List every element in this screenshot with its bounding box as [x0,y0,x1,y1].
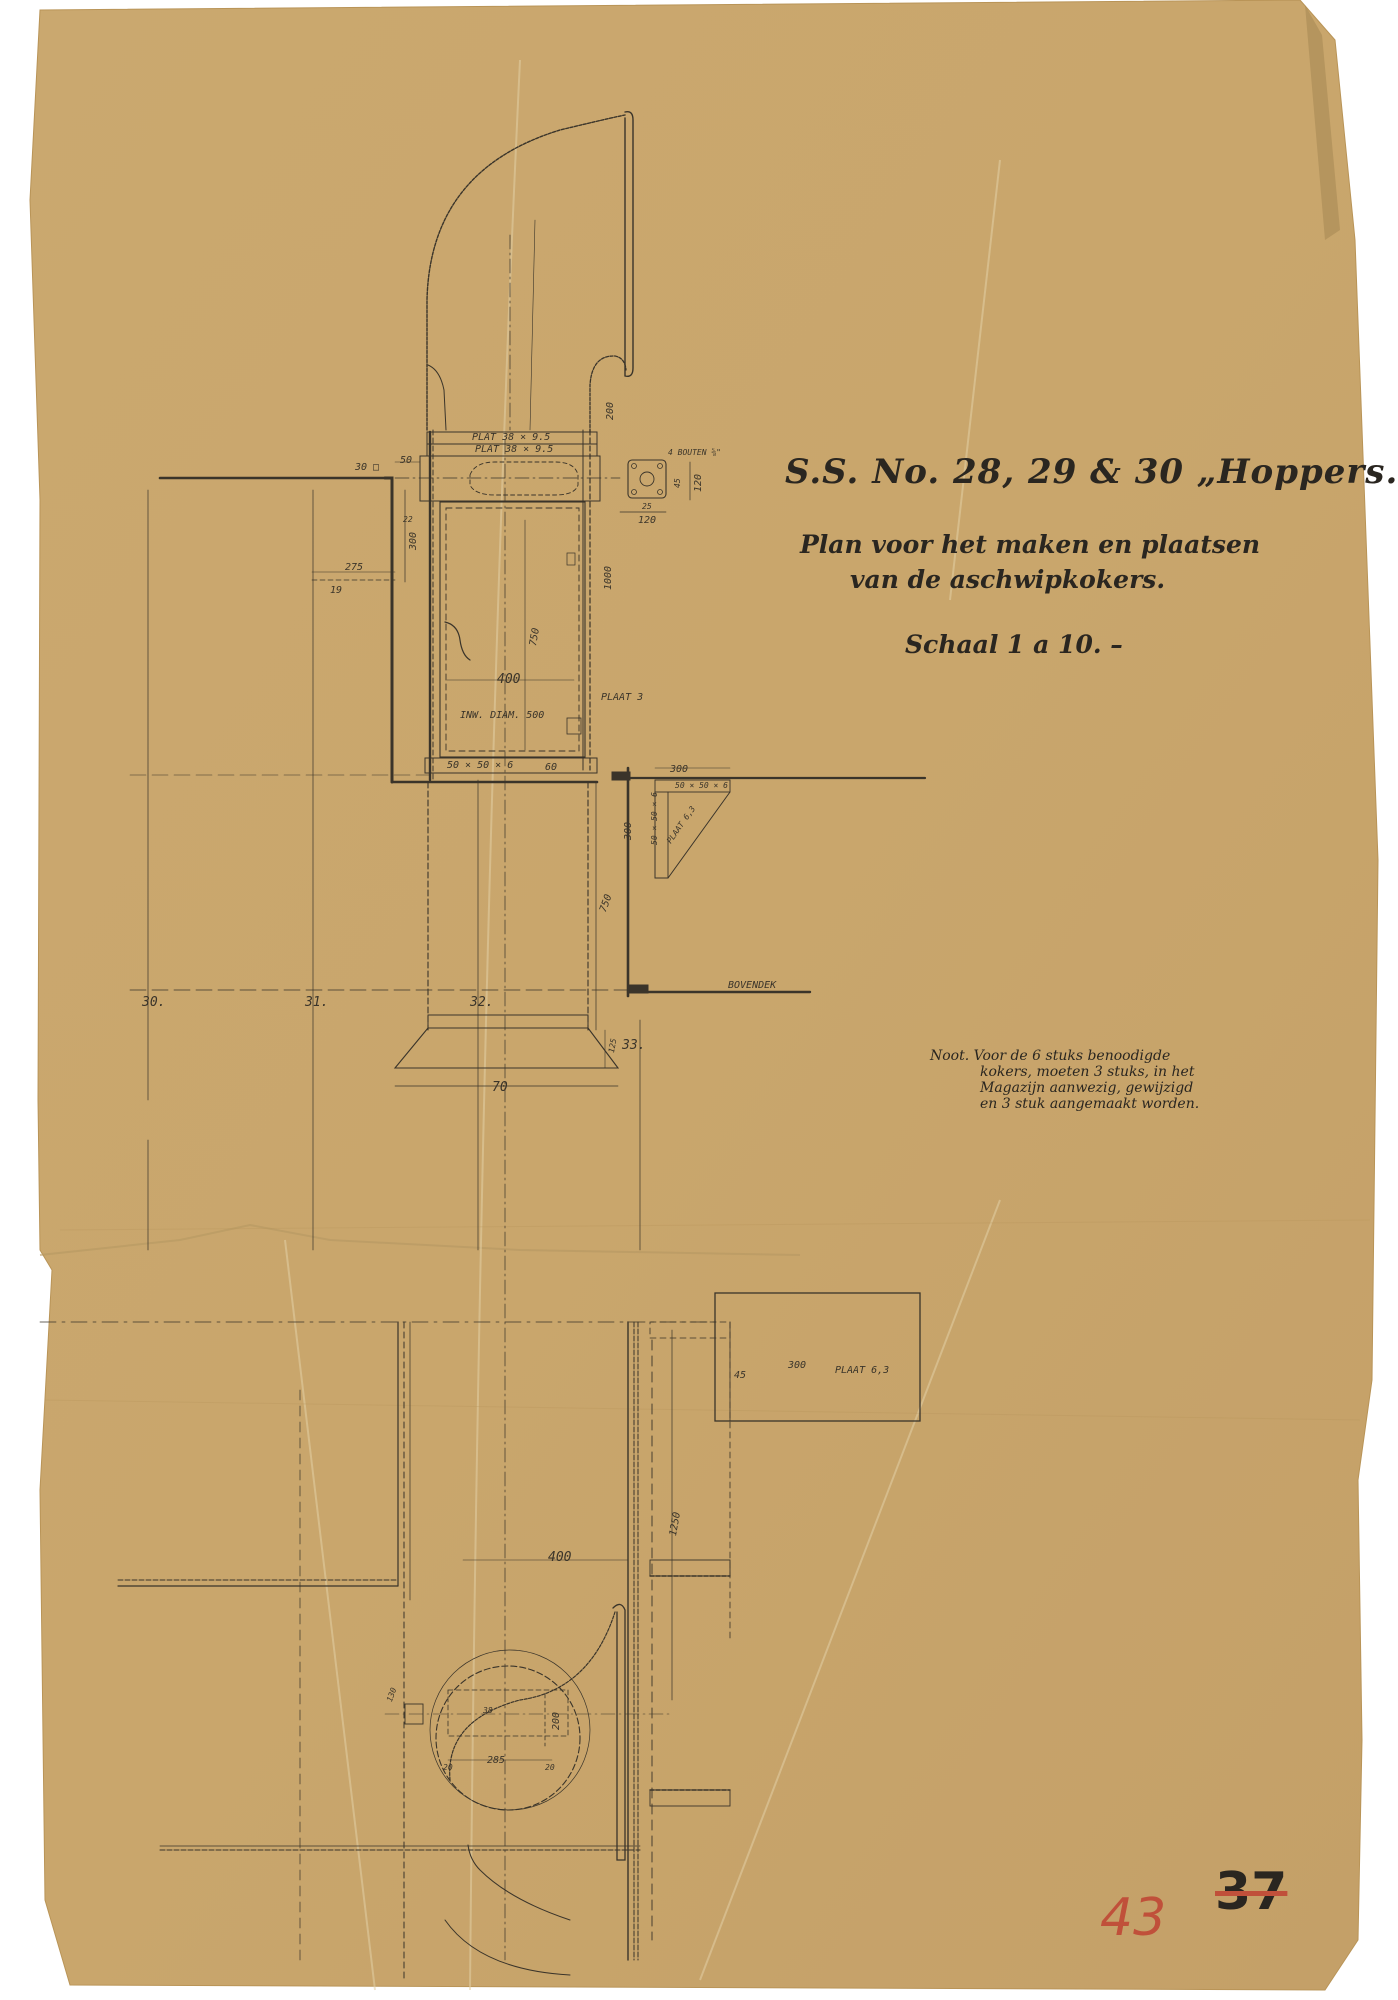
dim-45: 45 [673,478,682,488]
dim-50: 50 [400,455,412,466]
subtitle-line-2: van de aschwipkokers. [850,565,1165,594]
lower-dim-200: 200 [551,1712,562,1730]
note-block: Noot. Voor de 6 stuks benoodigde kokers,… [930,1048,1199,1112]
dim-1000: 1000 [603,566,614,590]
dim-120-vertical: 120 [693,474,704,492]
dim-120-horizontal: 120 [638,515,656,526]
dim-30: 30 □ [355,462,379,473]
frame-33: 33. [622,1038,645,1053]
bracket-dim-300: 300 [670,764,688,775]
lower-dim-285: 285 [487,1755,505,1766]
dim-plat-1: PLAT 38 × 9.5 [472,432,550,443]
note-label: Noot. [930,1048,969,1064]
sheet-number-new: 43 [1100,1888,1166,1948]
note-line-4: en 3 stuk aangemaakt worden. [930,1096,1199,1112]
frame-31: 31. [305,995,328,1010]
bouten-label: 4 BOUTEN ⅝" [668,448,721,457]
frame-30: 30. [142,995,165,1010]
note-line-1: Voor de 6 stuks benoodigde [974,1048,1171,1064]
base-dim-70: 70 [492,1080,508,1095]
drawing-sheet: S.S. No. 28, 29 & 30 „Hoppers." Plan voo… [0,0,1398,2000]
frame-32: 32. [470,995,493,1010]
bracket-dim-300-vertical: 300 [623,822,634,840]
sheet-number-old: 37 [1215,1862,1287,1922]
document-title: S.S. No. 28, 29 & 30 „Hoppers." [785,452,1398,492]
note-line-2: kokers, moeten 3 stuks, in het [930,1064,1194,1080]
lower-dim-45: 45 [734,1370,746,1381]
note-line-3: Magazijn aanwezig, gewijzigd [930,1080,1193,1096]
dim-200: 200 [605,402,616,420]
lower-dim-400: 400 [548,1550,571,1565]
dim-400: 400 [497,672,520,687]
scale-label: Schaal 1 a 10. – [905,630,1123,659]
dim-22: 22 [403,515,413,524]
bracket-angle-vertical: 50 × 50 × 6 [650,792,659,845]
lower-dim-38: 38 [483,1706,493,1715]
dim-60: 60 [545,762,557,773]
plaat-3: PLAAT 3 [601,692,643,703]
lower-dim-20-left: 20 [443,1763,453,1772]
dim-300: 300 [408,532,419,550]
bovendek-label: BOVENDEK [728,980,776,991]
paper [30,0,1378,1990]
dim-plat-2: PLAT 38 × 9.5 [475,444,553,455]
inner-diameter: INW. DIAM. 500 [460,710,544,721]
lower-dim-20-right: 20 [545,1763,555,1772]
technical-drawing [0,0,1398,2000]
lower-dim-300: 300 [788,1360,806,1371]
dim-275: 275 [345,562,363,573]
dim-25: 25 [642,502,652,511]
dim-19: 19 [330,585,342,596]
bracket-angle-horizontal: 50 × 50 × 6 [675,781,728,790]
subtitle-line-1: Plan voor het maken en plaatsen [800,530,1260,559]
lower-plaat: PLAAT 6,3 [835,1365,889,1376]
angle-50x50x6: 50 × 50 × 6 [447,760,513,771]
